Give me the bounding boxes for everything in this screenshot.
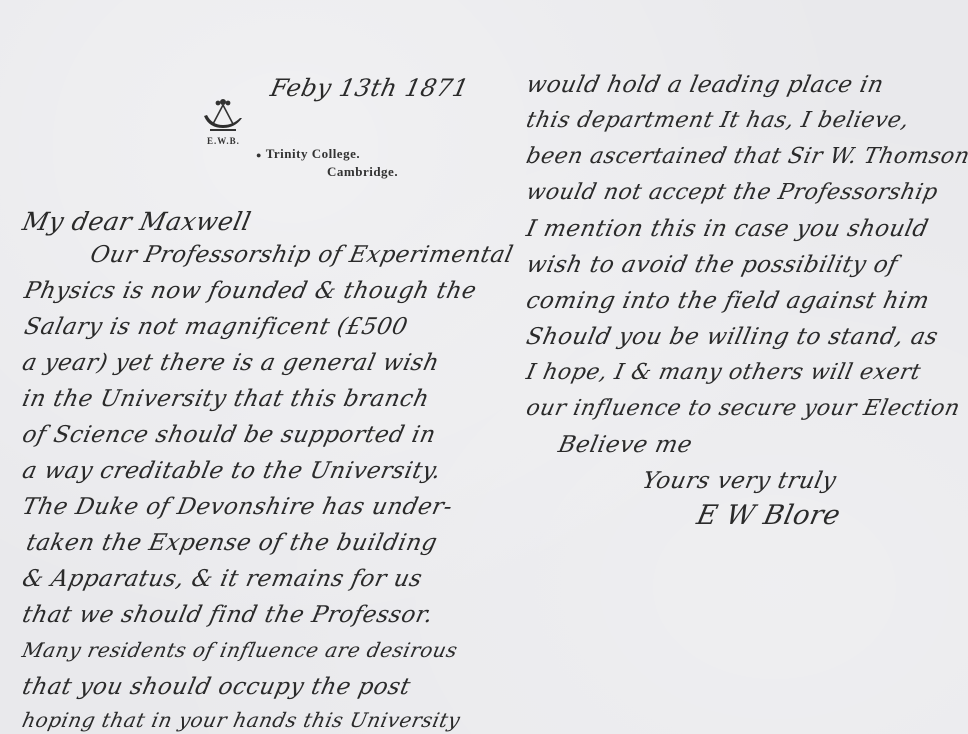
letter-line: The Duke of Devonshire has under-	[20, 494, 455, 520]
letter-line: a way creditable to the University.	[20, 458, 443, 484]
signature: E W Blore	[694, 500, 843, 531]
letter-line: that you should occupy the post	[20, 674, 413, 700]
closing-believe: Believe me	[556, 432, 695, 458]
letter-line: wish to avoid the possibility of	[524, 252, 900, 278]
letter-line: hoping that in your hands this Universit…	[20, 708, 463, 732]
letterhead-town: Cambridge.	[327, 164, 398, 180]
salutation: My dear Maxwell	[20, 207, 254, 236]
letter-page: E.W.B. ● Trinity College. Cambridge. Feb…	[0, 0, 968, 734]
letter-line: this department It has, I believe,	[524, 108, 912, 133]
closing-yours: Yours very truly	[640, 468, 839, 494]
letter-line: taken the Expense of the building	[24, 530, 440, 556]
letter-line: I hope, I & many others will exert	[524, 360, 923, 385]
letter-line: Salary is not magnificent (£500	[22, 314, 410, 340]
letterhead-college: ● Trinity College.	[256, 146, 360, 162]
letter-line: Should you be willing to stand, as	[524, 324, 941, 350]
letter-line: Our Professorship of Experimental	[88, 242, 516, 268]
letter-line: would not accept the Professorship	[524, 180, 940, 205]
letter-line: been ascertained that Sir W. Thomson	[524, 144, 968, 169]
letter-line: Physics is now founded & though the	[22, 278, 479, 304]
letter-line: in the University that this branch	[20, 386, 432, 412]
letter-line: that we should find the Professor.	[20, 602, 435, 628]
letter-line: would hold a leading place in	[524, 72, 886, 98]
letter-line: & Apparatus, & it remains for us	[20, 566, 425, 592]
letter-line: coming into the field against him	[524, 288, 932, 314]
letter-line: our influence to secure your Election	[524, 396, 962, 421]
hunting-horn-crest-icon	[201, 94, 245, 138]
letterhead-monogram: E.W.B.	[207, 136, 240, 146]
letter-line: Many residents of influence are desirous	[20, 638, 460, 662]
letter-line: of Science should be supported in	[20, 422, 438, 448]
letter-line: I mention this in case you should	[524, 216, 931, 242]
letter-line: a year) yet there is a general wish	[20, 350, 442, 376]
letter-date: Feby 13th 1871	[268, 74, 471, 102]
